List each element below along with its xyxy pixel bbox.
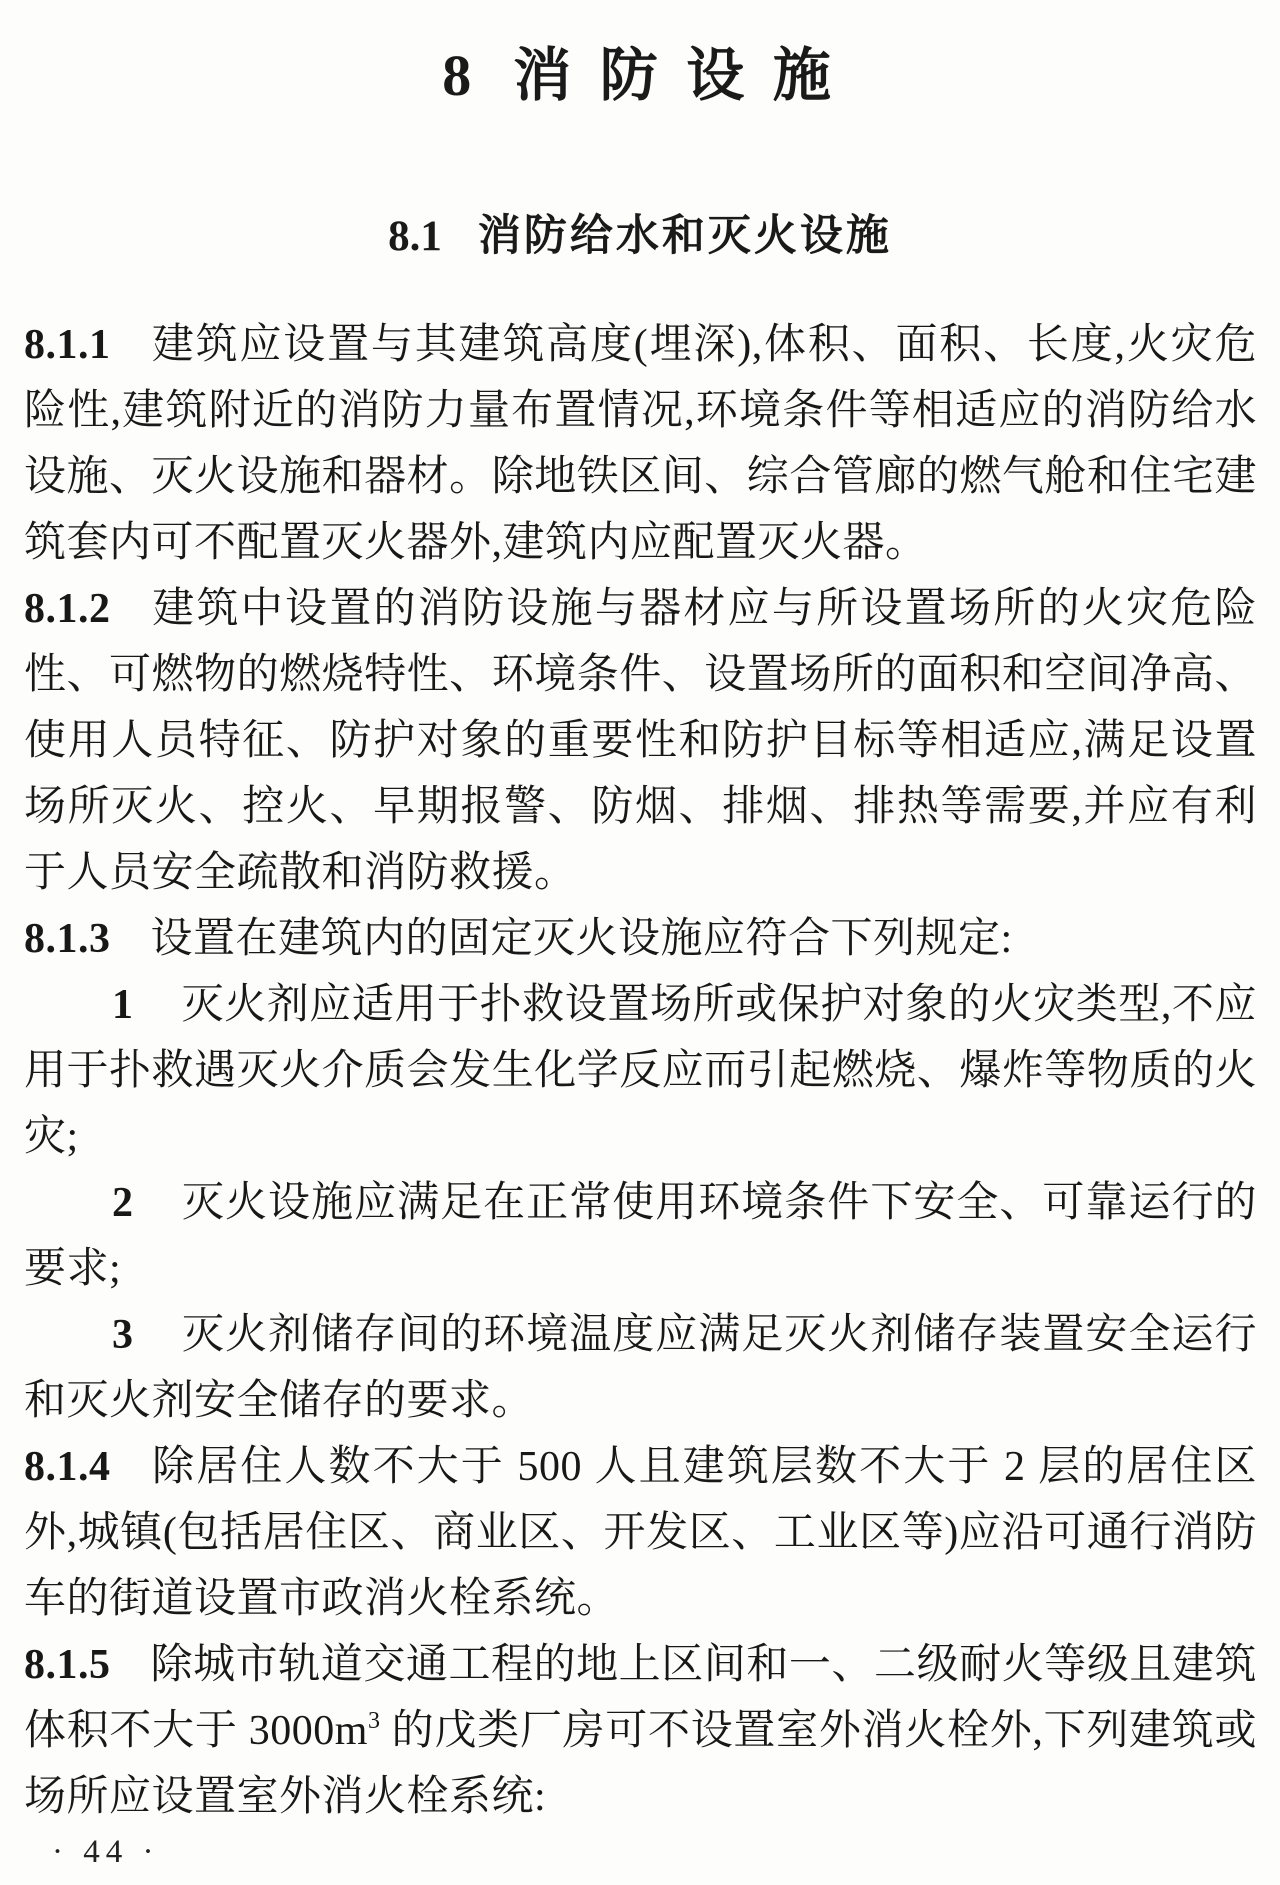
chapter-name: 消 防 设 施 bbox=[513, 43, 838, 108]
item-text: 灭火剂应适用于扑救设置场所或保护对象的火灾类型,不应用于扑救遇灭火介质会发生化学… bbox=[24, 982, 1257, 1160]
chapter-title: 8消 防 设 施 bbox=[0, 40, 1280, 112]
clause-8-1-3-item-3: 3灭火剂储存间的环境温度应满足灭火剂储存装置安全运行和灭火剂安全储存的要求。 bbox=[24, 1302, 1257, 1434]
clause-text: 建筑应设置与其建筑高度(埋深),体积、面积、长度,火灾危险性,建筑附近的消防力量… bbox=[24, 322, 1257, 566]
clause-number: 8.1.3 bbox=[24, 916, 111, 962]
section-name: 消防给水和灭火设施 bbox=[478, 213, 892, 260]
page-number: · 44 · bbox=[52, 1832, 159, 1872]
clause-8-1-3-item-1: 1灭火剂应适用于扑救设置场所或保护对象的火灾类型,不应用于扑救遇灭火介质会发生化… bbox=[24, 972, 1257, 1170]
clause-8-1-3: 8.1.3设置在建筑内的固定灭火设施应符合下列规定: bbox=[24, 906, 1257, 972]
document-page: 8消 防 设 施 8.1消防给水和灭火设施 8.1.1建筑应设置与其建筑高度(埋… bbox=[0, 0, 1280, 1885]
item-text: 灭火设施应满足在正常使用环境条件下安全、可靠运行的要求; bbox=[24, 1180, 1257, 1292]
clause-8-1-2: 8.1.2建筑中设置的消防设施与器材应与所设置场所的火灾危险性、可燃物的燃烧特性… bbox=[24, 576, 1257, 906]
superscript-cubed: 3 bbox=[368, 1708, 381, 1734]
clause-8-1-4: 8.1.4除居住人数不大于 500 人且建筑层数不大于 2 层的居住区外,城镇(… bbox=[24, 1434, 1257, 1632]
clause-text: 除居住人数不大于 500 人且建筑层数不大于 2 层的居住区外,城镇(包括居住区… bbox=[24, 1444, 1257, 1622]
item-number: 2 bbox=[112, 1180, 134, 1226]
clause-number: 8.1.5 bbox=[24, 1642, 111, 1688]
section-title: 8.1消防给水和灭火设施 bbox=[0, 210, 1280, 264]
item-number: 1 bbox=[112, 982, 134, 1028]
item-text: 灭火剂储存间的环境温度应满足灭火剂储存装置安全运行和灭火剂安全储存的要求。 bbox=[24, 1312, 1257, 1424]
clause-number: 8.1.4 bbox=[24, 1444, 111, 1490]
clause-8-1-1: 8.1.1建筑应设置与其建筑高度(埋深),体积、面积、长度,火灾危险性,建筑附近… bbox=[24, 312, 1257, 576]
clause-text: 设置在建筑内的固定灭火设施应符合下列规定: bbox=[151, 916, 1013, 962]
clause-8-1-5: 8.1.5除城市轨道交通工程的地上区间和一、二级耐火等级且建筑体积不大于 300… bbox=[24, 1632, 1257, 1830]
clause-number: 8.1.2 bbox=[24, 586, 111, 632]
clause-text: 建筑中设置的消防设施与器材应与所设置场所的火灾危险性、可燃物的燃烧特性、环境条件… bbox=[24, 586, 1257, 896]
section-number: 8.1 bbox=[388, 213, 442, 260]
chapter-number: 8 bbox=[442, 43, 471, 108]
clause-list: 8.1.1建筑应设置与其建筑高度(埋深),体积、面积、长度,火灾危险性,建筑附近… bbox=[24, 312, 1257, 1830]
clause-8-1-3-item-2: 2灭火设施应满足在正常使用环境条件下安全、可靠运行的要求; bbox=[24, 1170, 1257, 1302]
clause-number: 8.1.1 bbox=[24, 322, 111, 368]
item-number: 3 bbox=[112, 1312, 134, 1358]
